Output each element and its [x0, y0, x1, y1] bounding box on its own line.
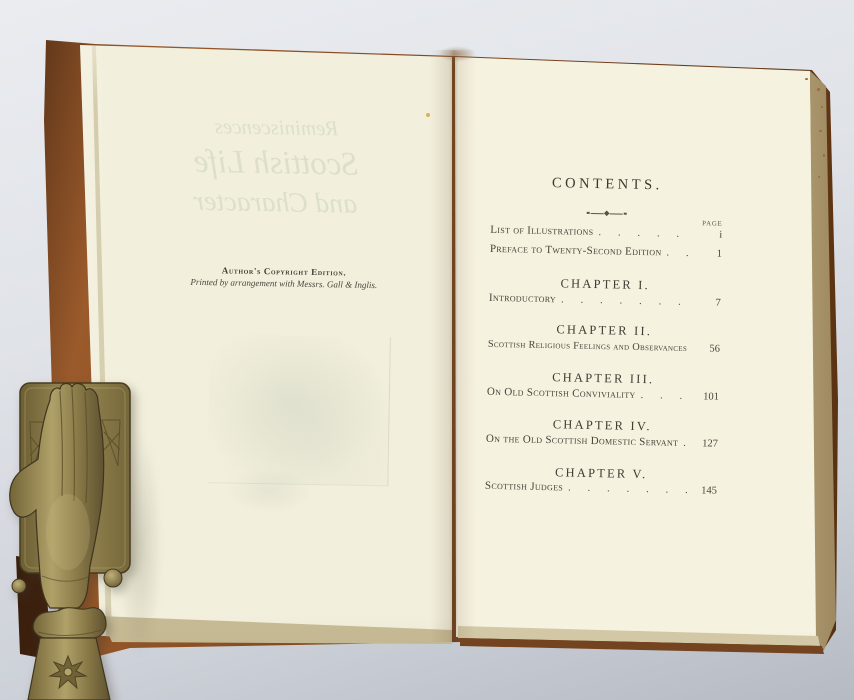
foxing-spot: [426, 113, 430, 117]
toc-label: List of Illustrations: [490, 224, 593, 238]
toc-leader-dots: . .: [661, 246, 700, 259]
hinge-knob-left: [12, 579, 26, 593]
toc-label: Scottish Religious Feelings and Observan…: [488, 339, 687, 354]
contents-page: CONTENTS. PAGE List of Illustrations . .…: [442, 55, 820, 533]
ghost-title-line: Reminiscences: [126, 113, 426, 142]
ornament-tick: [624, 213, 627, 215]
toc-page-number: 101: [697, 391, 719, 402]
toc-leader-dots: . . . . .: [593, 226, 700, 240]
toc-label: Introductory: [489, 292, 556, 305]
brass-hand-page-clip: [8, 380, 140, 700]
toc-page-number: 56: [698, 343, 720, 354]
foxing-spot: [817, 88, 820, 91]
stamp-line-2: Printed by arrangement with Messrs. Gall…: [174, 277, 394, 291]
show-through-portrait: [207, 334, 391, 486]
foxing-spot: [823, 154, 825, 157]
foxing-spot: [819, 130, 822, 132]
toc-page-number: i: [700, 229, 722, 240]
toc-page-number: 7: [699, 297, 721, 308]
toc-row-chapter-1: Introductory . . . . . . . 7: [489, 292, 721, 309]
toc-label: Scottish Judges: [485, 480, 563, 494]
toc-leader-dots: . . . .: [635, 389, 697, 402]
chapter-heading-2: CHAPTER II.: [488, 321, 720, 341]
ghost-title-line: Scottish Life: [126, 143, 427, 186]
ornament-diamond: [604, 210, 610, 216]
toc-label: On the Old Scottish Domestic Servant: [486, 433, 678, 449]
ornament-tick: [587, 212, 590, 214]
toc-label: Preface to Twenty-Second Edition: [490, 243, 662, 259]
show-through-imprint: [227, 468, 313, 514]
toc-row-preface: Preface to Twenty-Second Edition . . 1: [490, 243, 722, 260]
toc-page-number: 1: [700, 248, 722, 259]
contents-title: CONTENTS.: [491, 174, 723, 196]
toc-row-chapter-2: Scottish Religious Feelings and Observan…: [488, 339, 720, 355]
toc-leader-dots: . .: [678, 437, 696, 449]
toc-leader-dots: . . . . . . .: [563, 481, 695, 496]
show-through-title: Reminiscences Scottish Life and Characte…: [125, 113, 427, 222]
book-photo-scene: Reminiscences Scottish Life and Characte…: [0, 0, 854, 700]
toc-label: On Old Scottish Conviviality: [487, 386, 636, 401]
foxing-spot: [805, 78, 808, 80]
toc-page-number: 127: [696, 438, 718, 449]
toc-page-number: 145: [695, 485, 717, 496]
palm-highlight: [46, 494, 90, 570]
foxing-spot: [818, 176, 820, 178]
foxing-spot: [821, 106, 823, 108]
ornament-line: [610, 213, 623, 214]
ornament-line: [591, 212, 604, 213]
toc-leader-dots: . . . . . . .: [556, 293, 699, 308]
toc-row-chapter-4: On the Old Scottish Domestic Servant . .…: [486, 433, 718, 450]
rosette-center: [64, 668, 72, 676]
ghost-title-line: and Character: [125, 185, 426, 222]
hinge-knob-right: [104, 569, 122, 587]
toc-row-chapter-3: On Old Scottish Conviviality . . . . 101: [487, 386, 719, 403]
copyright-stamp: Author's Copyright Edition. Printed by a…: [174, 265, 394, 291]
